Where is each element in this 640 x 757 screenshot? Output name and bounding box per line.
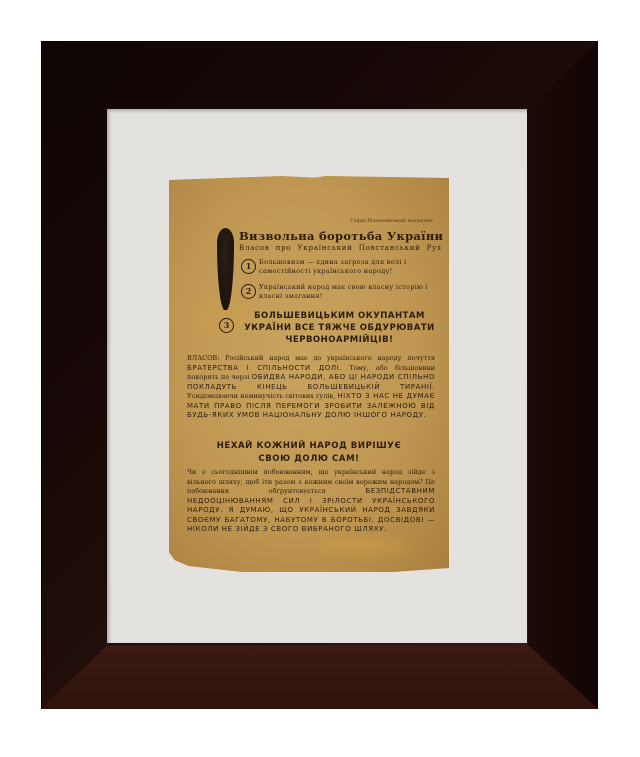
frame-bottom-bevel <box>41 645 598 709</box>
leaflet: Гляди більшовизмові могилою! Визвольна б… <box>169 176 449 572</box>
point-text: Большевизм — єдина загроза для волі і са… <box>259 258 439 276</box>
point-text: Український народ має свою власну історі… <box>259 283 439 301</box>
leaflet-title: Визвольна боротьба України <box>239 229 443 243</box>
point-number-badge: 2 <box>241 284 256 299</box>
point-number-badge: 1 <box>241 259 256 274</box>
leaflet-tagline: Гляди більшовизмові могилою! <box>350 218 433 224</box>
paragraph-text: Усвідомлюючи неминучість світових гулів, <box>187 392 335 400</box>
paragraph-caps: БРАТЕРСТВА І СПІЛЬНОСТИ ДОЛІ. <box>187 364 342 372</box>
body-paragraph-2: Чи є сьогоднішнім побоюванням, що україн… <box>187 468 435 535</box>
leaflet-slogan: НЕХАЙ КОЖНИЙ НАРОД ВИРІШУЄ СВОЮ ДОЛЮ САМ… <box>199 440 419 466</box>
leaflet-heading: БОЛЬШЕВИЦЬКИМ ОКУПАНТАМ УКРАЇНИ ВСЕ ТЯЖЧ… <box>237 310 442 346</box>
frame-right-bevel <box>528 41 598 709</box>
leaflet-subtitle: Власов про Український Повстанський Рух <box>239 244 442 252</box>
point-number-badge: 3 <box>219 318 234 333</box>
paper-stain <box>319 536 409 556</box>
paragraph-text: ВЛАСОВ: Російський народ має до українсь… <box>187 354 435 362</box>
body-paragraph-1: ВЛАСОВ: Російський народ має до українсь… <box>187 354 435 421</box>
